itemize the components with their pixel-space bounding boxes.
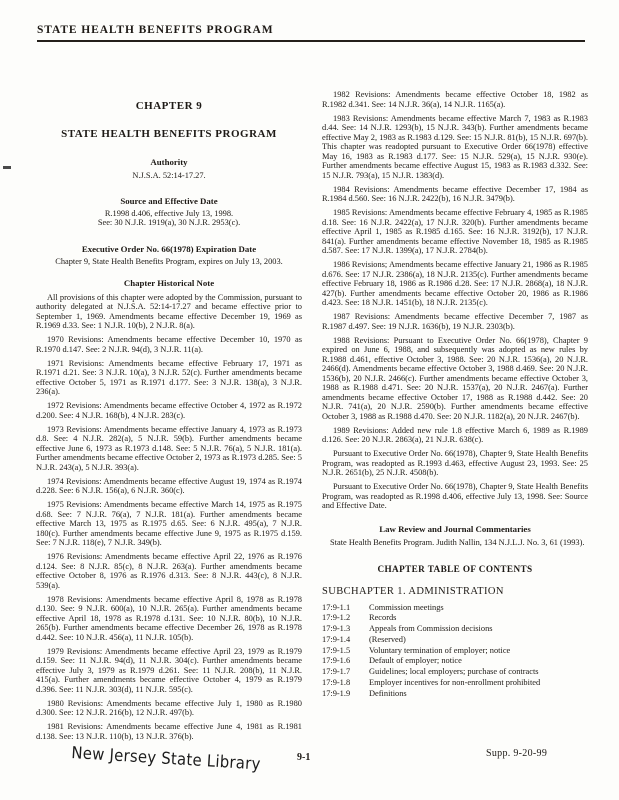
toc-row: 17:9-1.6 Default of employer; notice bbox=[322, 656, 588, 667]
revision-paragraph-1972: 1972 Revisions: Amendments became effect… bbox=[36, 401, 302, 420]
historical-paragraph: All provisions of this chapter were adop… bbox=[36, 293, 302, 331]
revision-paragraph-1981: 1981 Revisions: Amendments became effect… bbox=[36, 722, 302, 741]
revision-paragraph-1980: 1980 Revisions: Amendments became effect… bbox=[36, 699, 302, 718]
revision-paragraph-1987: 1987 Revisions: Amendments became effect… bbox=[322, 312, 588, 331]
toc-label: Default of employer; notice bbox=[369, 656, 588, 667]
source-line-1: R.1998 d.406, effective July 13, 1998. bbox=[36, 209, 302, 219]
authority-heading: Authority bbox=[36, 157, 302, 167]
source-heading: Source and Effective Date bbox=[36, 196, 302, 206]
toc-label: Voluntary termination of employer; notic… bbox=[369, 646, 588, 657]
revision-paragraph-1973: 1973 Revisions: Amendments became effect… bbox=[36, 425, 302, 473]
expiration-text: Chapter 9, State Health Benefits Program… bbox=[36, 257, 302, 267]
revision-paragraph-1988: 1988 Revisions: Pursuant to Executive Or… bbox=[322, 336, 588, 422]
toc-number: 17:9-1.5 bbox=[322, 646, 369, 657]
authority-citation: N.J.S.A. 52:14-17.27. bbox=[36, 171, 302, 181]
toc-label: Appeals from Commission decisions bbox=[369, 624, 588, 635]
chapter-title: STATE HEALTH BENEFITS PROGRAM bbox=[36, 128, 302, 140]
document-page: STATE HEALTH BENEFITS PROGRAM CHAPTER 9 … bbox=[0, 0, 619, 800]
source-line-2: See: 30 N.J.R. 1919(a), 30 N.J.R. 2953(c… bbox=[36, 218, 302, 228]
toc-number: 17:9-1.6 bbox=[322, 656, 369, 667]
toc-label: Guidelines; local employers; purchase of… bbox=[369, 667, 588, 678]
toc-row: 17:9-1.5 Voluntary termination of employ… bbox=[322, 646, 588, 657]
revision-paragraph-1970: 1970 Revisions: Amendments became effect… bbox=[36, 335, 302, 354]
toc-row: 17:9-1.1 Commission meetings bbox=[322, 603, 588, 614]
subchapter-heading: SUBCHAPTER 1. ADMINISTRATION bbox=[322, 587, 588, 597]
revision-paragraph-1974: 1974 Revisions: Amendments became effect… bbox=[36, 477, 302, 496]
expiration-heading: Executive Order No. 66(1978) Expiration … bbox=[36, 244, 302, 254]
readoption-paragraph-1993: Pursuant to Executive Order No. 66(1978)… bbox=[322, 449, 588, 478]
left-column: CHAPTER 9 STATE HEALTH BENEFITS PROGRAM … bbox=[36, 92, 302, 741]
chapter-number: CHAPTER 9 bbox=[36, 100, 302, 112]
revision-paragraph-1976: 1976 Revisions: Amendments became effect… bbox=[36, 552, 302, 590]
revision-paragraph-1985: 1985 Revisions: Amendments became effect… bbox=[322, 208, 588, 256]
revision-paragraph-1984: 1984 Revisions: Amendments became effect… bbox=[322, 185, 588, 204]
chapter-toc: 17:9-1.1 Commission meetings 17:9-1.2 Re… bbox=[322, 603, 588, 700]
revision-paragraph-1979: 1979 Revisions: Amendments became effect… bbox=[36, 647, 302, 695]
toc-heading: CHAPTER TABLE OF CONTENTS bbox=[322, 564, 588, 574]
toc-number: 17:9-1.4 bbox=[322, 635, 369, 646]
toc-number: 17:9-1.3 bbox=[322, 624, 369, 635]
revision-paragraph-1971: 1971 Revisions: Amendments became effect… bbox=[36, 359, 302, 397]
toc-row: 17:9-1.3 Appeals from Commission decisio… bbox=[322, 624, 588, 635]
revision-paragraph-1982: 1982 Revisions: Amendments became effect… bbox=[322, 90, 588, 109]
page-number: 9-1 bbox=[297, 752, 310, 763]
toc-label: Commission meetings bbox=[369, 603, 588, 614]
toc-row: 17:9-1.2 Records bbox=[322, 613, 588, 624]
revision-paragraph-1983: 1983 Revisions: Amendments became effect… bbox=[322, 114, 588, 181]
revision-paragraph-1989: 1989 Revisions: Added new rule 1.8 effec… bbox=[322, 426, 588, 445]
toc-number: 17:9-1.9 bbox=[322, 689, 369, 700]
toc-row: 17:9-1.4 (Reserved) bbox=[322, 635, 588, 646]
supplement-date: Supp. 9-20-99 bbox=[486, 748, 547, 759]
readoption-paragraph-1998: Pursuant to Executive Order No. 66(1978)… bbox=[322, 482, 588, 511]
law-review-heading: Law Review and Journal Commentaries bbox=[322, 524, 588, 534]
toc-number: 17:9-1.1 bbox=[322, 603, 369, 614]
toc-label: Employer incentives for non-enrollment p… bbox=[369, 678, 588, 689]
toc-number: 17:9-1.7 bbox=[322, 667, 369, 678]
library-stamp: New Jersey State Library bbox=[71, 743, 261, 774]
law-review-citation: State Health Benefits Program. Judith Na… bbox=[322, 538, 588, 548]
toc-label: Records bbox=[369, 613, 588, 624]
toc-label: (Reserved) bbox=[369, 635, 588, 646]
historical-note-heading: Chapter Historical Note bbox=[36, 278, 302, 288]
right-column: 1982 Revisions: Amendments became effect… bbox=[322, 90, 588, 700]
toc-row: 17:9-1.8 Employer incentives for non-enr… bbox=[322, 678, 588, 689]
toc-number: 17:9-1.2 bbox=[322, 613, 369, 624]
revision-paragraph-1986: 1986 Revisions; Amendments became effect… bbox=[322, 260, 588, 308]
toc-number: 17:9-1.8 bbox=[322, 678, 369, 689]
revision-paragraph-1975: 1975 Revisions: Amendments became effect… bbox=[36, 500, 302, 548]
toc-label: Definitions bbox=[369, 689, 588, 700]
revision-paragraph-1978: 1978 Revisions: Amendments became effect… bbox=[36, 595, 302, 643]
toc-row: 17:9-1.9 Definitions bbox=[322, 689, 588, 700]
toc-row: 17:9-1.7 Guidelines; local employers; pu… bbox=[322, 667, 588, 678]
scan-artifact bbox=[3, 166, 11, 169]
running-head: STATE HEALTH BENEFITS PROGRAM bbox=[37, 24, 585, 42]
